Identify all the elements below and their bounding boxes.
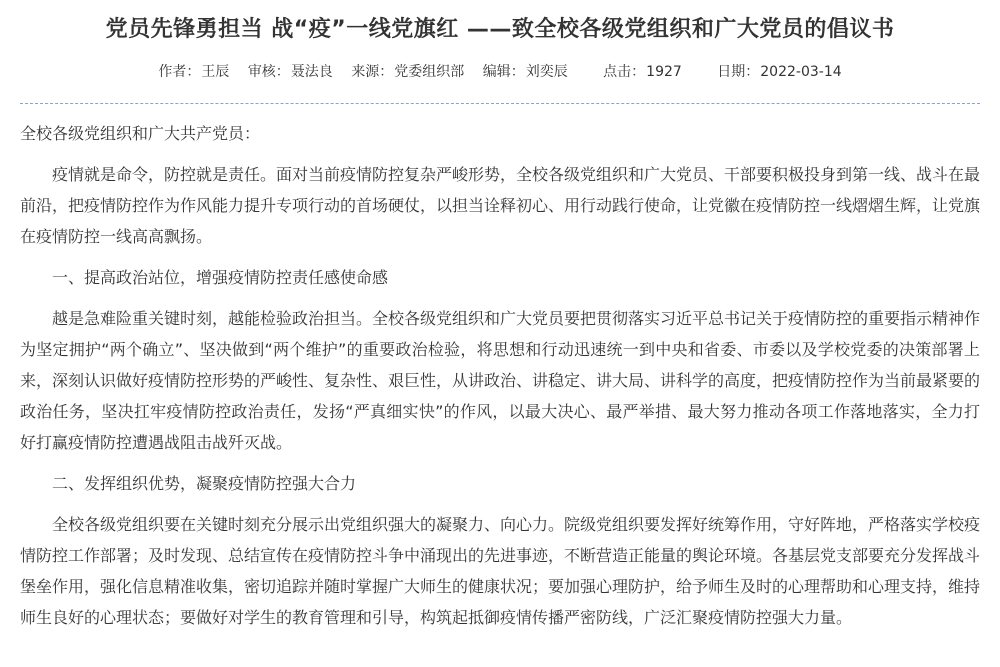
- meta-editor-label: 编辑：: [483, 64, 525, 80]
- article-title: 党员先锋勇担当 战“疫”一线党旗红 ——致全校各级党组织和广大党员的倡议书: [20, 16, 980, 44]
- meta-item-author: 作者：王辰: [158, 62, 229, 82]
- section-heading-1: 一、提高政治站位，增强疫情防控责任感使命感: [20, 262, 980, 293]
- meta-clicks-label: 点击：: [603, 64, 645, 80]
- meta-item-source: 来源：党委组织部: [351, 62, 464, 82]
- paragraph-1: 疫情就是命令，防控就是责任。面对当前疫情防控复杂严峻形势，全校各级党组织和广大党…: [20, 159, 980, 252]
- article-page: 党员先锋勇担当 战“疫”一线党旗红 ——致全校各级党组织和广大党员的倡议书 作者…: [0, 16, 1000, 633]
- article-body: 全校各级党组织和广大共产党员： 疫情就是命令，防控就是责任。面对当前疫情防控复杂…: [20, 118, 980, 633]
- section-heading-2: 二、发挥组织优势，凝聚疫情防控强大合力: [20, 468, 980, 499]
- salutation: 全校各级党组织和广大共产党员：: [20, 118, 980, 149]
- meta-date-value: 2022-03-14: [759, 64, 841, 80]
- meta-item-date: 日期：2022-03-14: [717, 62, 841, 82]
- meta-source-value: 党委组织部: [393, 64, 464, 80]
- meta-editor-value: 刘奕辰: [525, 64, 568, 80]
- meta-clicks-value: 1927: [645, 64, 682, 80]
- meta-author-value: 王辰: [200, 64, 229, 80]
- paragraph-3: 全校各级党组织要在关键时刻充分展示出党组织强大的凝聚力、向心力。院级党组织要发挥…: [20, 509, 980, 633]
- meta-item-reviewer: 审核：聂法良: [248, 62, 333, 82]
- meta-author-label: 作者：: [158, 64, 200, 80]
- meta-item-clicks: 点击：1927: [603, 62, 682, 82]
- meta-date-label: 日期：: [717, 64, 759, 80]
- paragraph-2: 越是急难险重关键时刻，越能检验政治担当。全校各级党组织和广大党员要把贯彻落实习近…: [20, 303, 980, 458]
- meta-source-label: 来源：: [351, 64, 393, 80]
- meta-reviewer-label: 审核：: [248, 64, 290, 80]
- meta-item-editor: 编辑：刘奕辰: [483, 62, 568, 82]
- meta-reviewer-value: 聂法良: [290, 64, 333, 80]
- dashed-divider: [20, 103, 980, 104]
- article-meta: 作者：王辰 审核：聂法良 来源：党委组织部 编辑：刘奕辰 点击：1927 日期：…: [20, 62, 980, 82]
